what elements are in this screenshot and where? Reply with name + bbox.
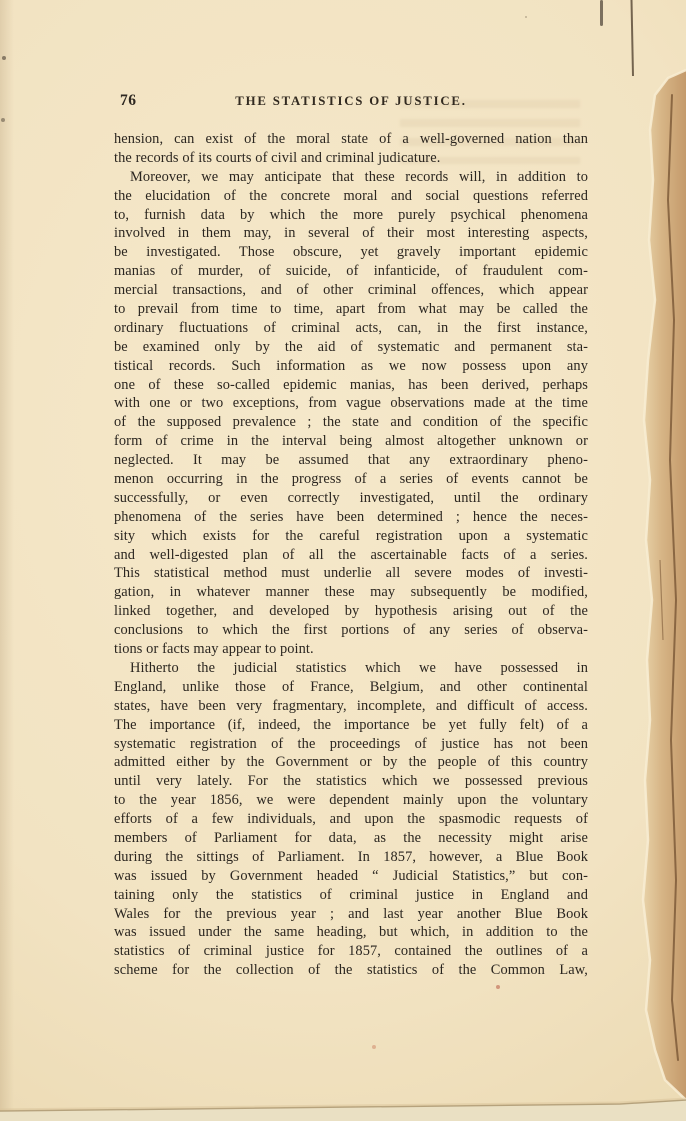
running-head: THE STATISTICS OF JUSTICE. [114,94,588,109]
text-line: phenomena of the series have been determ… [114,508,588,527]
text-line: taining only the statistics of criminal … [114,886,588,905]
text-line: ordinary fluctuations of criminal acts, … [114,319,588,338]
text-line: the elucidation of the concrete moral an… [114,187,588,206]
text-line: was issued by Government headed “ Judici… [114,867,588,886]
page-header: 76 THE STATISTICS OF JUSTICE. [114,92,588,112]
text-line: to prevail from time to time, apart from… [114,300,588,319]
text-line: one of these so-called epidemic manias, … [114,376,588,395]
text-line: and well-digested plan of all the ascert… [114,546,588,565]
text-line: systematic registration of the proceedin… [114,735,588,754]
text-line: England, unlike those of France, Belgium… [114,678,588,697]
text-line: successfully, or even correctly investig… [114,489,588,508]
text-block: hension, can exist of the moral state of… [114,130,588,980]
text-line: mercial transactions, and of other crimi… [114,281,588,300]
text-line: scheme for the collection of the statist… [114,961,588,980]
text-line: be examined only by the aid of systemati… [114,338,588,357]
text-line: statistics of criminal justice for 1857,… [114,942,588,961]
text-line: Hitherto the judicial statistics which w… [114,659,588,678]
text-line: manias of murder, of suicide, of infanti… [114,262,588,281]
page-crease-mark [600,0,603,26]
foxing-specks [0,0,2,2]
text-line: admitted either by the Government or by … [114,753,588,772]
text-line: of the supposed prevalence ; the state a… [114,413,588,432]
text-line: tions or facts may appear to point. [114,640,588,659]
bottom-page-edge [0,1097,686,1121]
text-line: Wales for the previous year ; and last y… [114,905,588,924]
text-line: form of crime in the interval being almo… [114,432,588,451]
text-line: involved in them may, in several of thei… [114,224,588,243]
text-line: sity which exists for the careful regist… [114,527,588,546]
text-line: conclusions to which the first portions … [114,621,588,640]
text-line: with one or two exceptions, from vague o… [114,394,588,413]
text-line: tistical records. Such information as we… [114,357,588,376]
text-line: gation, in whatever manner these may sub… [114,583,588,602]
text-line: The importance (if, indeed, the importan… [114,716,588,735]
text-line: members of Parliament for data, as the n… [114,829,588,848]
text-line: be investigated. Those obscure, yet grav… [114,243,588,262]
text-line: to the year 1856, we were dependent main… [114,791,588,810]
text-line: Moreover, we may anticipate that these r… [114,168,588,187]
text-line: menon occurring in the progress of a ser… [114,470,588,489]
text-line: neglected. It may be assumed that any ex… [114,451,588,470]
text-line: states, have been very fragmentary, inco… [114,697,588,716]
text-line: the records of its courts of civil and c… [114,149,588,168]
torn-page-edge [630,0,686,1121]
text-line: linked together, and developed by hypoth… [114,602,588,621]
text-line: was issued under the same heading, but w… [114,923,588,942]
text-line: until very lately. For the statistics wh… [114,772,588,791]
text-line: This statistical method must underlie al… [114,564,588,583]
book-page: 76 THE STATISTICS OF JUSTICE. hension, c… [0,0,686,1121]
text-line: to, furnish data by which the more purel… [114,206,588,225]
text-line: efforts of a few individuals, and upon t… [114,810,588,829]
text-line: during the sittings of Parliament. In 18… [114,848,588,867]
text-line: hension, can exist of the moral state of… [114,130,588,149]
